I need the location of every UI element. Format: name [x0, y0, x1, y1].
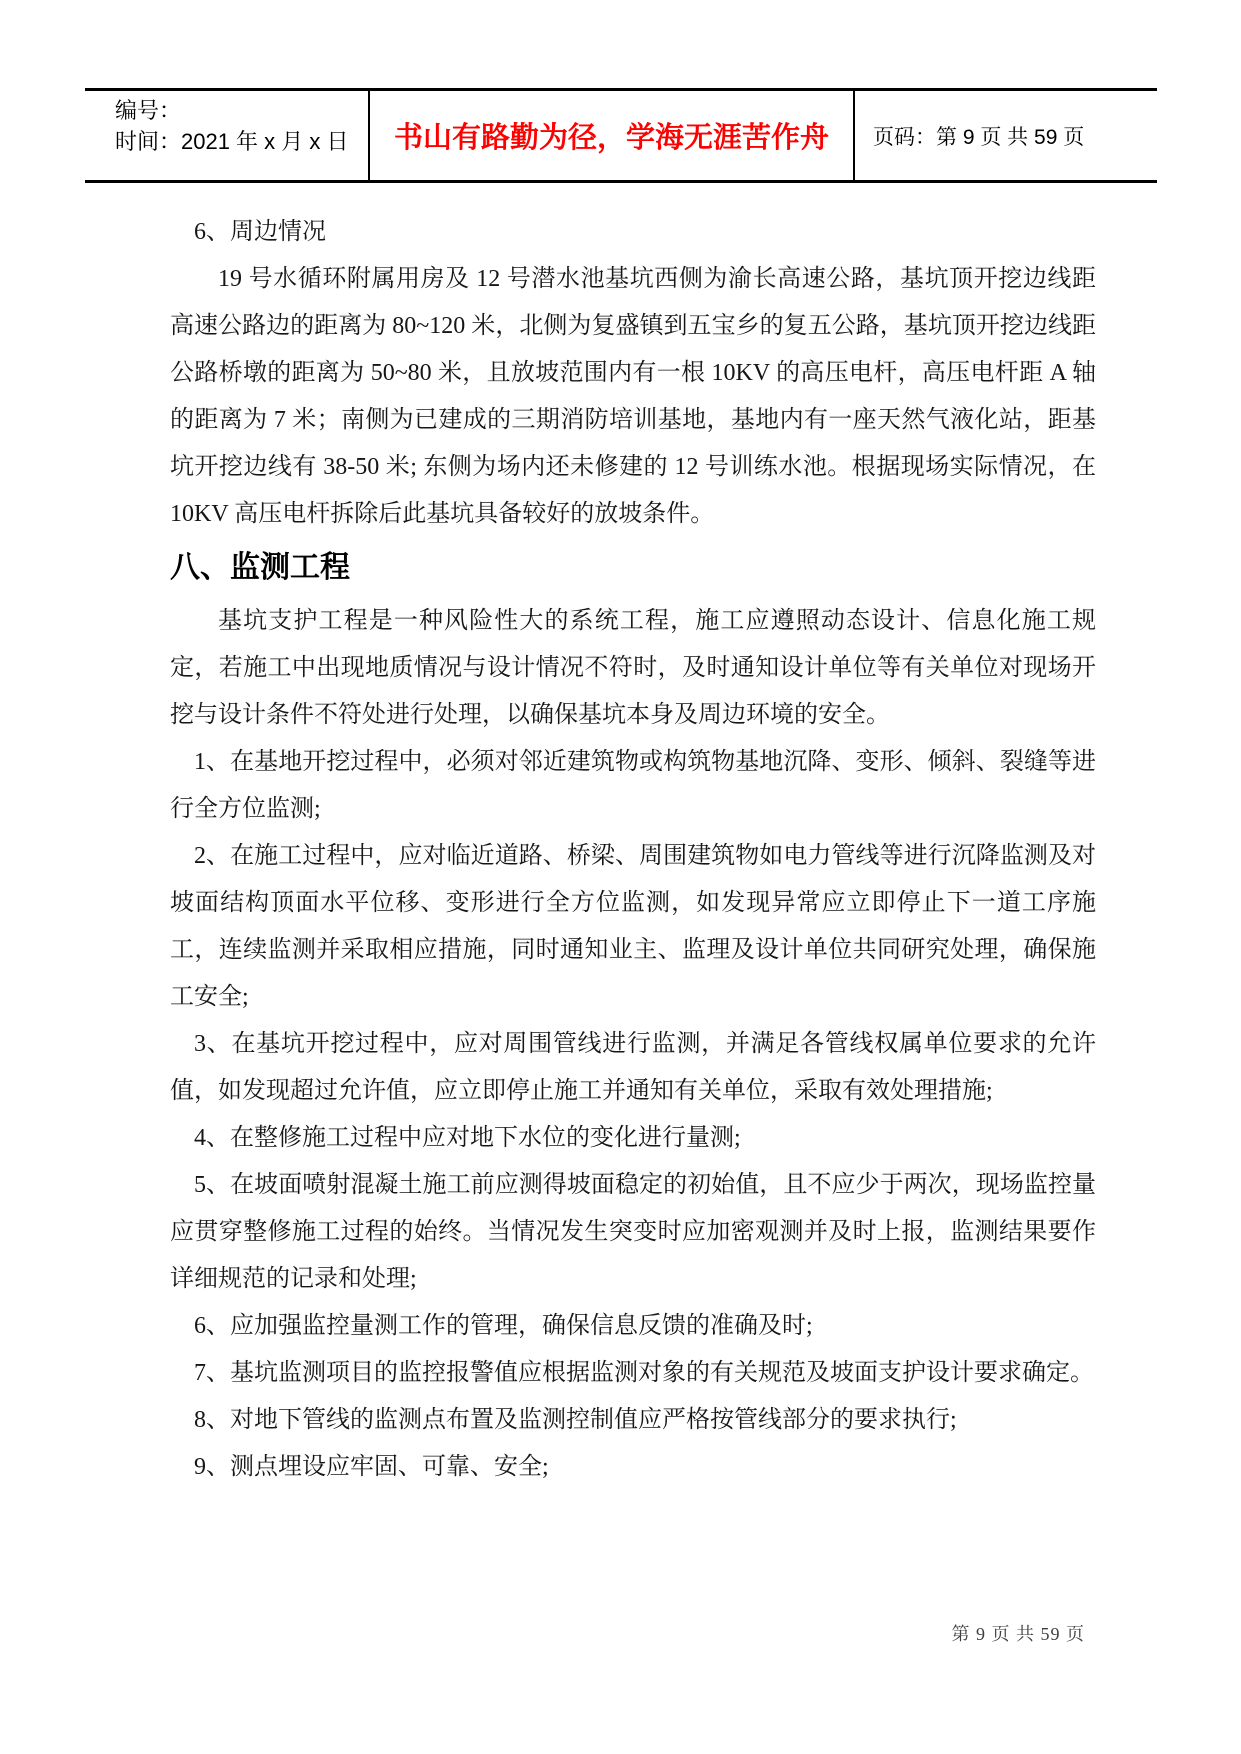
header-table: 编号： 时间：2021 年 x 月 x 日 书山有路勤为径，学海无涯苦作舟 页码…	[85, 88, 1157, 183]
document-body: 6、周边情况 19 号水循环附属用房及 12 号潜水池基坑西侧为渝长高速公路，基…	[170, 209, 1096, 1491]
list-item-7: 7、基坑监测项目的监控报警值应根据监测对象的有关规范及坡面支护设计要求确定。	[170, 1350, 1096, 1397]
section-8-heading: 八、监测工程	[170, 538, 1096, 598]
header-cell-motto: 书山有路勤为径，学海无涯苦作舟	[368, 91, 855, 180]
paragraph-surroundings: 19 号水循环附属用房及 12 号潜水池基坑西侧为渝长高速公路，基坑顶开挖边线距…	[170, 256, 1096, 538]
list-item-6: 6、应加强监控量测工作的管理，确保信息反馈的准确及时;	[170, 1303, 1096, 1350]
doc-date-label: 时间：2021 年 x 月 x 日	[115, 126, 368, 157]
list-item-3: 3、在基坑开挖过程中，应对周围管线进行监测，并满足各管线权属单位要求的允许值，如…	[170, 1021, 1096, 1115]
list-item-9: 9、测点埋设应牢固、可靠、安全;	[170, 1444, 1096, 1491]
list-item-5: 5、在坡面喷射混凝土施工前应测得坡面稳定的初始值，且不应少于两次，现场监控量应贯…	[170, 1162, 1096, 1303]
list-item-8: 8、对地下管线的监测点布置及监测控制值应严格按管线部分的要求执行;	[170, 1397, 1096, 1444]
header-cell-meta: 编号： 时间：2021 年 x 月 x 日	[85, 91, 368, 180]
paragraph-monitoring-intro: 基坑支护工程是一种风险性大的系统工程，施工应遵照动态设计、信息化施工规定，若施工…	[170, 598, 1096, 739]
footer-page-number: 第 9 页 共 59 页	[952, 1624, 1086, 1644]
page-number-label: 页码：第 9 页 共 59 页	[873, 121, 1084, 151]
list-item-4: 4、在整修施工过程中应对地下水位的变化进行量测;	[170, 1115, 1096, 1162]
header-cell-page: 页码：第 9 页 共 59 页	[855, 91, 1157, 180]
page-footer: 第 9 页 共 59 页	[952, 1620, 1086, 1646]
list-item-2: 2、在施工过程中，应对临近道路、桥梁、周围建筑物如电力管线等进行沉降监测及对坡面…	[170, 833, 1096, 1021]
doc-number-label: 编号：	[115, 95, 368, 126]
motto-text: 书山有路勤为径，学海无涯苦作舟	[394, 115, 829, 156]
subsection-6-title: 6、周边情况	[170, 209, 1096, 256]
list-item-1: 1、在基地开挖过程中，必须对邻近建筑物或构筑物基地沉降、变形、倾斜、裂缝等进行全…	[170, 739, 1096, 833]
